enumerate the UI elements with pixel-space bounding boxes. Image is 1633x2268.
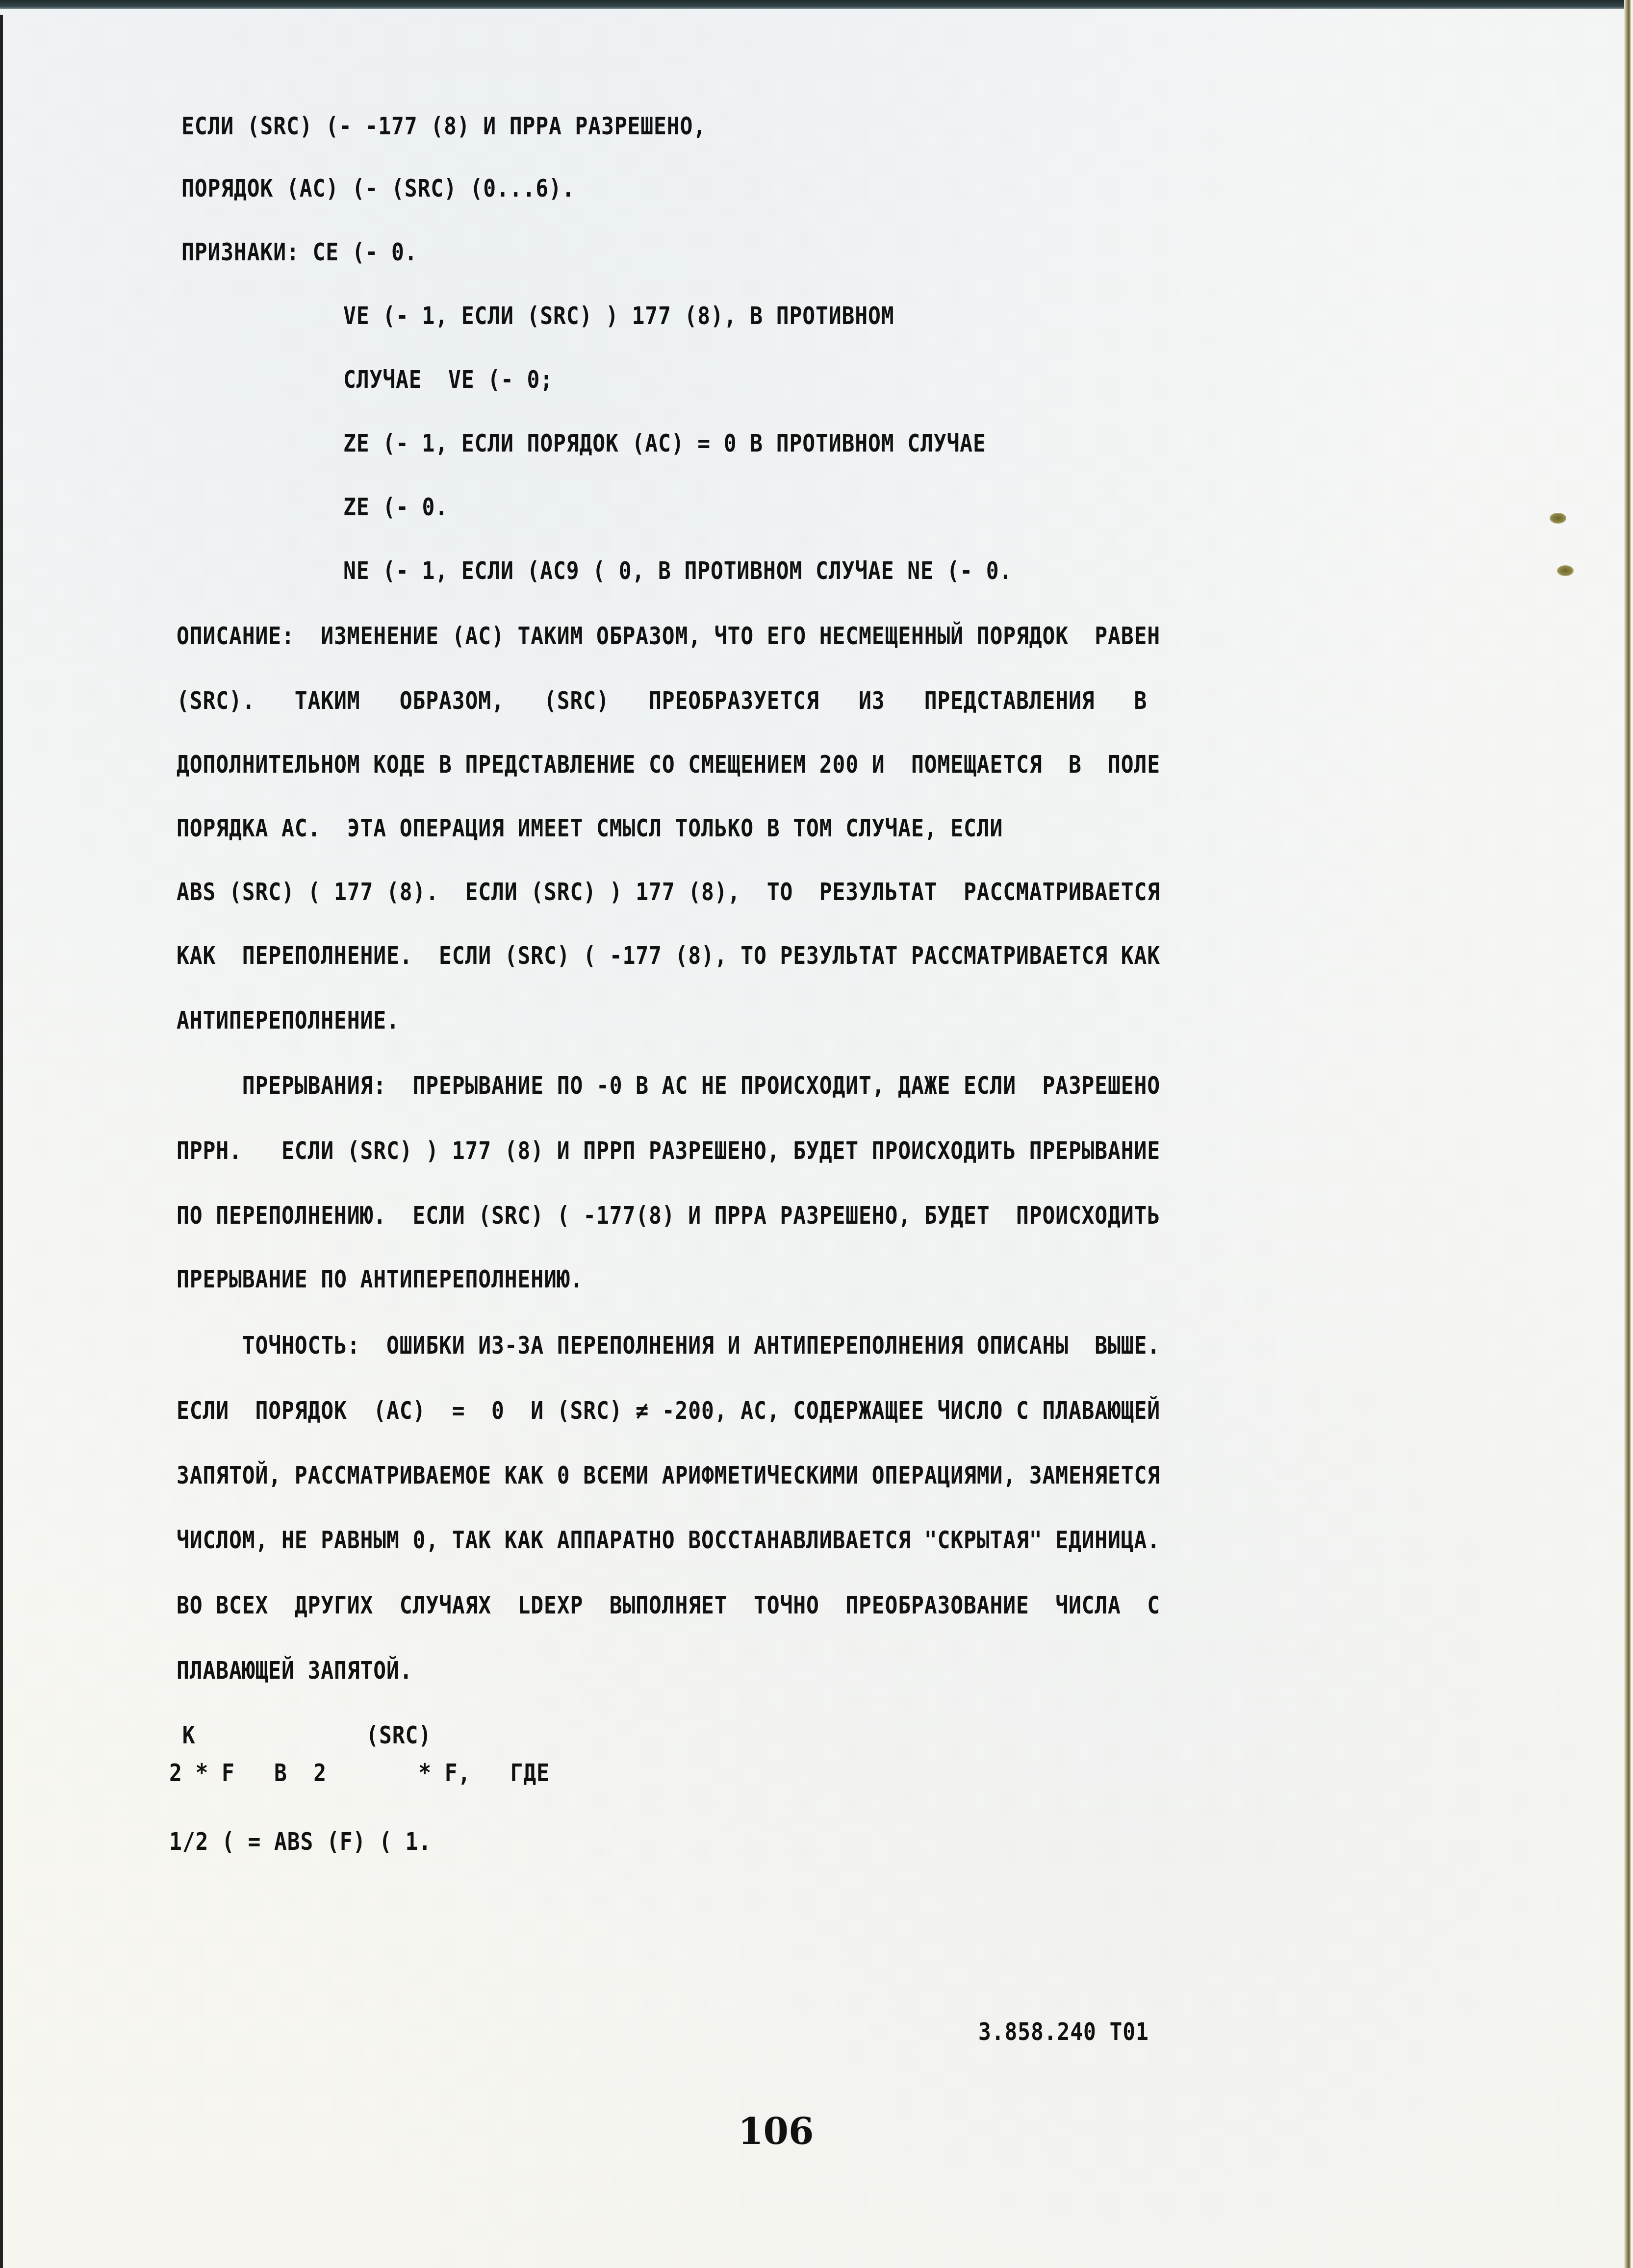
text-line: ПОРЯДОК (AC) (- (SRC) (0...6). bbox=[181, 174, 575, 202]
flag-ne-line: NE (- 1, ЕСЛИ (AC9 ( 0, В ПРОТИВНОМ СЛУЧ… bbox=[343, 556, 1012, 585]
accuracy-line: ЗАПЯТОЙ, РАССМАТРИВАЕМОЕ КАК 0 ВСЕМИ АРИ… bbox=[177, 1461, 1160, 1489]
description-line: ОПИСАНИЕ: ИЗМЕНЕНИЕ (AC) ТАКИМ ОБРАЗОМ, … bbox=[177, 622, 1160, 650]
interrupts-line: ПО ПЕРЕПОЛНЕНИЮ. ЕСЛИ (SRC) ( -177(8) И … bbox=[177, 1201, 1160, 1230]
punch-hole-mark bbox=[1557, 565, 1574, 576]
accuracy-line: ТОЧНОСТЬ: ОШИБКИ ИЗ-ЗА ПЕРЕПОЛНЕНИЯ И АН… bbox=[177, 1331, 1160, 1360]
accuracy-line: ВО ВСЕХ ДРУГИХ СЛУЧАЯХ LDEXP ВЫПОЛНЯЕТ Т… bbox=[177, 1591, 1160, 1619]
flags-heading: ПРИЗНАКИ: CE (- 0. bbox=[181, 238, 417, 266]
flag-ze-line: ZE (- 0. bbox=[343, 493, 448, 521]
description-line: (SRC). ТАКИМ ОБРАЗОМ, (SRC) ПРЕОБРАЗУЕТС… bbox=[177, 686, 1147, 715]
scan-left-edge bbox=[0, 15, 3, 2268]
description-line: ПОРЯДКА AC. ЭТА ОПЕРАЦИЯ ИМЕЕТ СМЫСЛ ТОЛ… bbox=[177, 814, 1003, 842]
formula-condition: 1/2 ( = ABS (F) ( 1. bbox=[169, 1827, 432, 1856]
description-line: ДОПОЛНИТЕЛЬНОМ КОДЕ В ПРЕДСТАВЛЕНИЕ СО С… bbox=[177, 750, 1160, 779]
interrupts-line: ПРЕРЫВАНИЕ ПО АНТИПЕРЕПОЛНЕНИЮ. bbox=[177, 1265, 583, 1293]
document-code: 3.858.240 T01 bbox=[978, 2017, 1149, 2046]
accuracy-line: ЕСЛИ ПОРЯДОК (AC) = 0 И (SRC) ≠ -200, AC… bbox=[177, 1396, 1160, 1425]
description-line: КАК ПЕРЕПОЛНЕНИЕ. ЕСЛИ (SRC) ( -177 (8),… bbox=[177, 941, 1160, 970]
scan-right-edge bbox=[1624, 0, 1633, 2268]
interrupts-line: ПРЕРЫВАНИЯ: ПРЕРЫВАНИЕ ПО -0 В AC НЕ ПРО… bbox=[177, 1071, 1160, 1100]
page-number: 106 bbox=[738, 2111, 814, 2153]
flag-ze-line: ZE (- 1, ЕСЛИ ПОРЯДОК (AC) = 0 В ПРОТИВН… bbox=[343, 429, 986, 457]
accuracy-line: ПЛАВАЮЩЕЙ ЗАПЯТОЙ. bbox=[177, 1656, 412, 1685]
punch-hole-mark bbox=[1550, 513, 1566, 524]
accuracy-line: ЧИСЛОМ, НЕ РАВНЫМ 0, ТАК КАК АППАРАТНО В… bbox=[177, 1526, 1160, 1554]
formula-main: 2 * F В 2 * F, ГДЕ bbox=[169, 1759, 550, 1787]
flag-ve-line: VE (- 1, ЕСЛИ (SRC) ) 177 (8), В ПРОТИВН… bbox=[343, 302, 894, 330]
text-line: ЕСЛИ (SRC) (- -177 (8) И ПРРА РАЗРЕШЕНО, bbox=[181, 112, 706, 140]
formula-superscripts: K (SRC) bbox=[169, 1721, 432, 1749]
description-line: АНТИПЕРЕПОЛНЕНИЕ. bbox=[177, 1006, 400, 1034]
interrupts-line: ПРРН. ЕСЛИ (SRC) ) 177 (8) И ПРРП РАЗРЕШ… bbox=[177, 1136, 1160, 1165]
description-line: ABS (SRC) ( 177 (8). ЕСЛИ (SRC) ) 177 (8… bbox=[177, 878, 1160, 906]
flag-ve-line: СЛУЧАЕ VE (- 0; bbox=[343, 365, 553, 394]
